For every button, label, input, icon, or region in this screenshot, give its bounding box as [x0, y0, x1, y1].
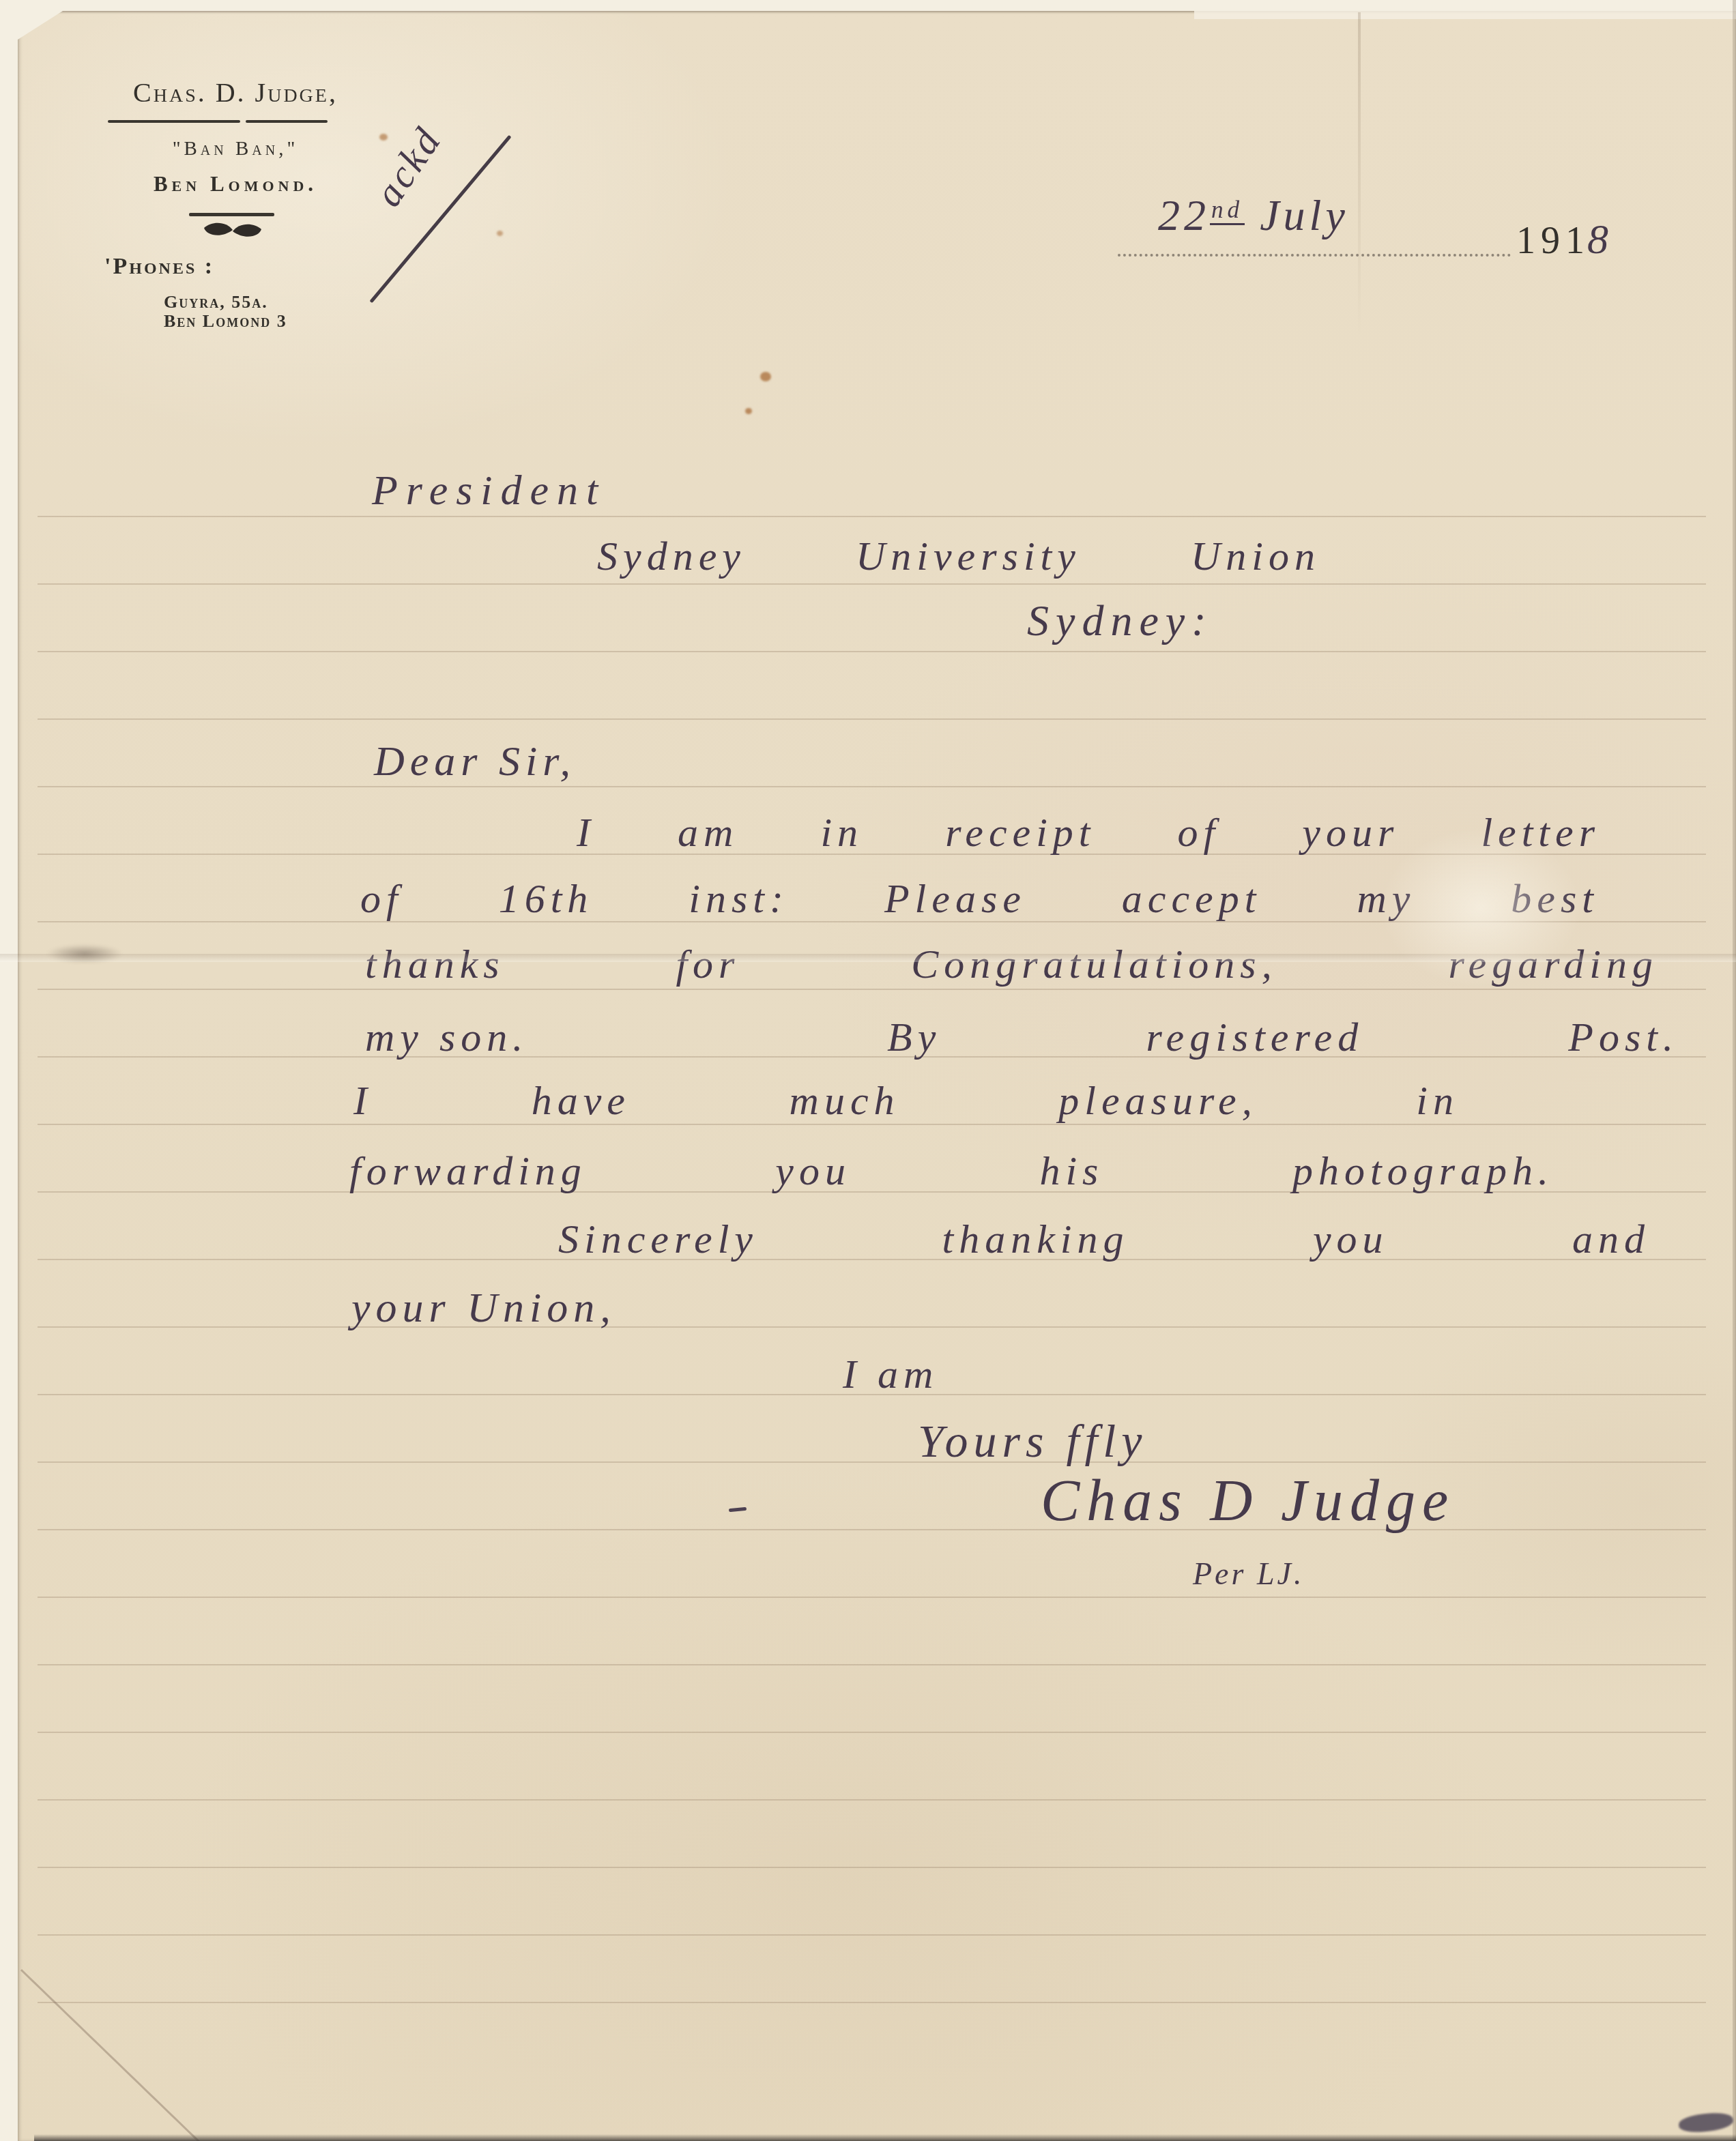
- rust-stain-small: [745, 408, 752, 414]
- letterhead-name: Chas. D. Judge,: [102, 76, 368, 108]
- rust-stain-tiny: [497, 231, 503, 236]
- date-ordinal: nd: [1210, 196, 1245, 225]
- crumple-highlight: [1348, 802, 1614, 1013]
- rust-stain-top: [379, 134, 388, 141]
- torn-corner: [18, 11, 63, 40]
- scan-bottom-edge-shadow: [34, 2134, 1736, 2141]
- recipient-line-1: President: [372, 469, 606, 512]
- body-line-4a: my son.: [365, 1017, 528, 1058]
- letterhead-locality: Ben Lomond.: [102, 172, 368, 196]
- leaf-ornament-icon: [202, 220, 263, 242]
- salutation: Dear Sir,: [374, 740, 576, 783]
- ruled-lines: [38, 516, 1706, 2010]
- date-year-printed: 191: [1516, 220, 1590, 262]
- body-line-8: your Union,: [351, 1287, 616, 1329]
- date-day: 22: [1158, 191, 1210, 239]
- signature-name: Chas D Judge: [1041, 1471, 1455, 1530]
- date-year: 1918: [1516, 218, 1608, 263]
- date-month: July: [1260, 191, 1349, 239]
- recipient-line-2: Sydney University Union: [597, 536, 1320, 577]
- fold-edge-smudge: [30, 940, 139, 967]
- letterhead-homestead: "Ban Ban,": [102, 138, 368, 160]
- letterhead-underline-left: [108, 120, 240, 123]
- body-line-4b: By registered Post.: [887, 1017, 1679, 1058]
- letterhead-phone-ben-lomond: Ben Lomond 3: [164, 311, 287, 332]
- paper-top-edge: [1194, 11, 1736, 19]
- closing-line-1: I am: [843, 1354, 938, 1395]
- body-line-4: my son. By registered Post.: [365, 1017, 1679, 1071]
- date-year-digit: 8: [1587, 216, 1608, 263]
- signature-per-initials: Per LJ.: [1193, 1558, 1304, 1590]
- body-line-7: Sincerely thanking you and: [558, 1219, 1650, 1259]
- body-line-6: forwarding you his photograph.: [349, 1150, 1554, 1191]
- date-day-month: 22nd July: [1158, 194, 1349, 237]
- letterhead-divider-rule: [189, 213, 274, 216]
- recipient-line-3: Sydney:: [1027, 599, 1213, 643]
- letterhead-phones-label: 'Phones :: [104, 254, 214, 280]
- letterhead-phone-guyra: Guyra, 55a.: [164, 292, 268, 312]
- body-line-5: I have much pleasure, in: [353, 1080, 1459, 1121]
- scan-right-edge: [1733, 0, 1736, 2141]
- rust-stain: [760, 372, 771, 381]
- vertical-fold-crease: [1358, 12, 1361, 336]
- letterhead-underline-right: [246, 120, 328, 123]
- closing-line-2: Yours ffly: [918, 1418, 1147, 1464]
